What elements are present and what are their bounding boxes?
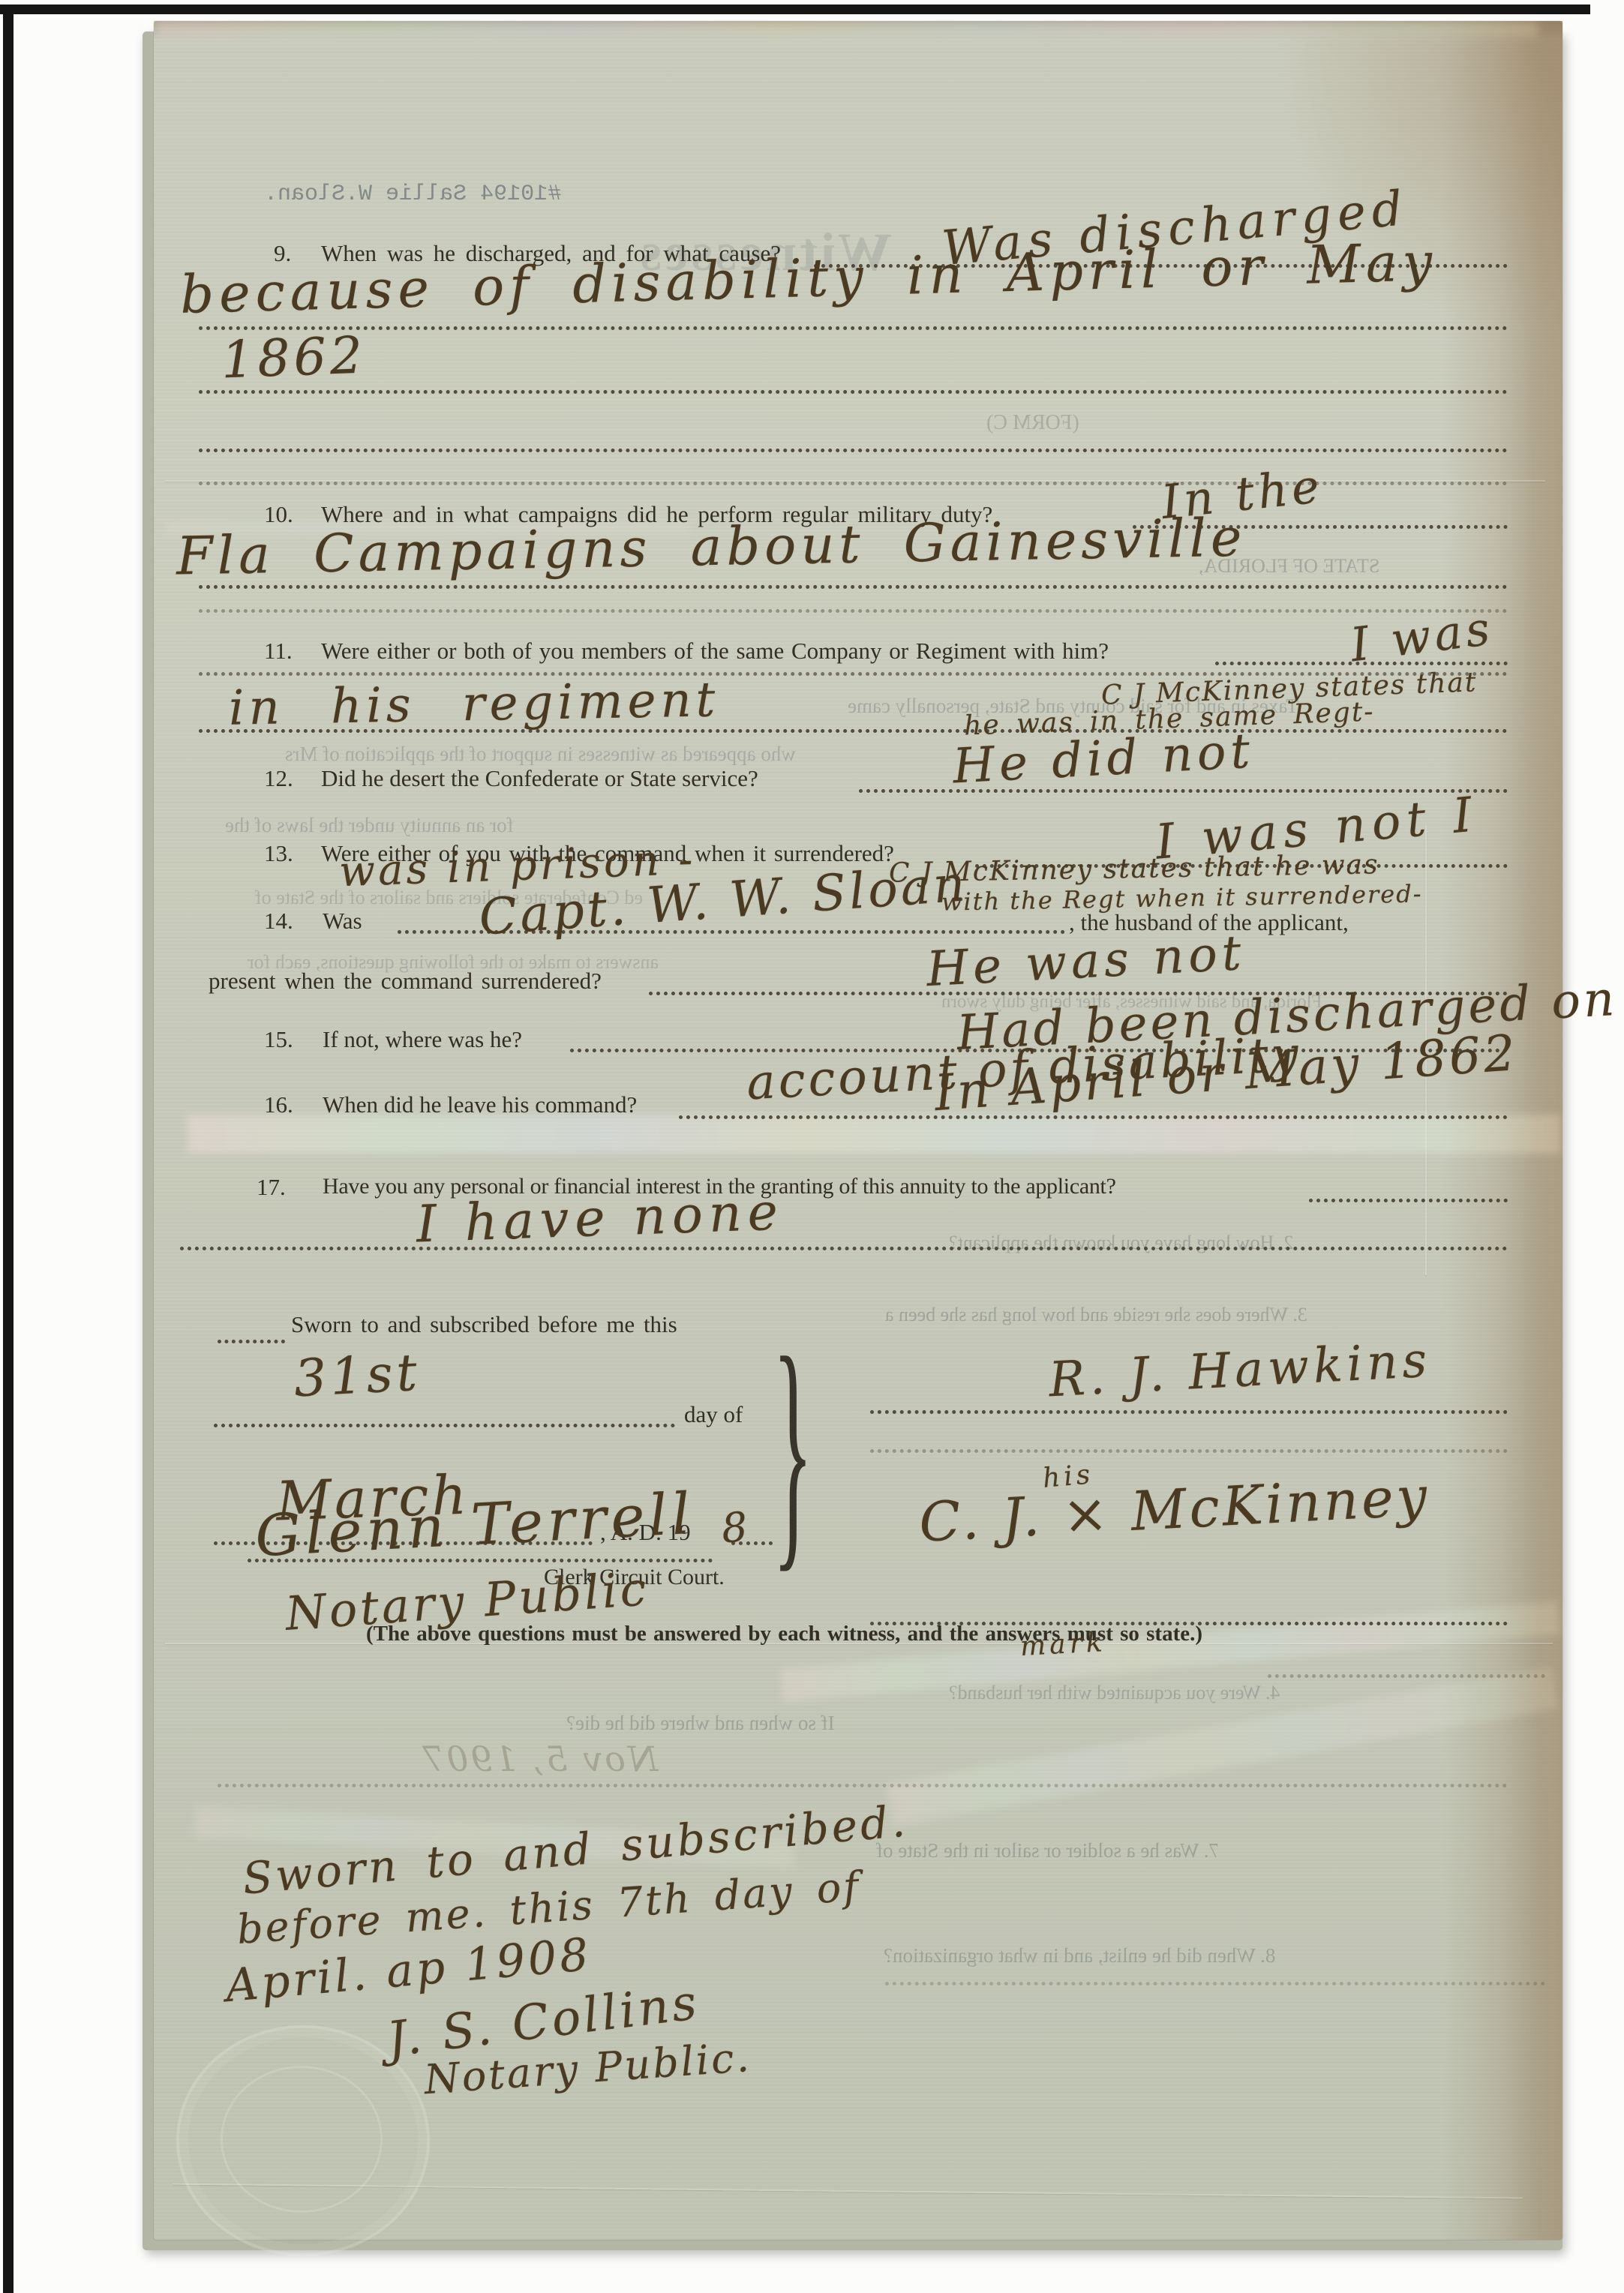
jurat-brace: }	[773, 1301, 813, 1601]
dotted-line	[199, 326, 1508, 330]
jurat-day-handwritten: 31st	[293, 1343, 422, 1409]
dotted-line	[870, 1449, 1508, 1453]
dotted-line	[218, 1784, 1508, 1787]
bleed-appeared-witnesses: who appeared as witnesses in support of …	[285, 743, 796, 766]
scanner-edge-top	[0, 5, 1590, 14]
bleed-question-2: 2. How long have you known the applicant…	[949, 1232, 1293, 1254]
q16-number: 16.	[264, 1091, 293, 1118]
dotted-line	[199, 585, 1508, 589]
q11-number: 11.	[264, 638, 293, 665]
bleed-question-7: 7. Was he a soldier or sailor in the Sta…	[876, 1839, 1219, 1862]
q13-number: 13.	[264, 840, 293, 867]
dotted-line	[218, 1340, 285, 1343]
bleed-question-4: 4. Were you acquainted with her husband?	[949, 1682, 1280, 1704]
scanned-document-page: #10194 Sallie W.Sloan. Witnesses (FORM C…	[0, 0, 1624, 2293]
q17-number: 17.	[257, 1174, 286, 1201]
q14-text-present: present when the command surrendered?	[209, 968, 602, 995]
dotted-line	[199, 390, 1508, 394]
bleed-question-die: If so when and where did he die?	[566, 1712, 835, 1735]
dotted-line	[199, 609, 1508, 613]
paper-top-edge-shadow	[154, 21, 1562, 41]
jurat-day-of-label: day of	[684, 1401, 743, 1428]
dotted-line	[1268, 1674, 1545, 1678]
bleed-annuity-laws: for an annuity under the laws of the	[225, 814, 514, 837]
bleed-question-8: 8. When did he enlist, and in what organ…	[884, 1944, 1275, 1967]
paper-right-tan-edge	[1442, 21, 1562, 2240]
bleed-stamp-text: #10194 Sallie W.Sloan.	[264, 182, 561, 207]
dotted-line	[870, 1410, 1508, 1414]
dotted-line	[885, 1982, 1545, 1985]
q14-number: 14.	[264, 908, 293, 935]
dotted-line	[199, 449, 1508, 452]
q14-text-was: Was	[323, 908, 362, 935]
witness2-mark-label: mark	[1019, 1627, 1107, 1662]
q15-text: If not, where was he?	[323, 1026, 522, 1053]
embossed-seal-inner-ring	[221, 2066, 383, 2213]
q12-number: 12.	[264, 765, 293, 792]
q15-number: 15.	[264, 1026, 293, 1053]
q11-answer-line2: in his regiment	[228, 672, 720, 736]
dotted-line	[1309, 1199, 1508, 1202]
dotted-line	[214, 1424, 675, 1427]
q9-answer-line3: 1862	[221, 326, 368, 391]
scanner-edge-left	[3, 5, 14, 2293]
bleed-handwriting-died-date: Nov 5, 1907	[420, 1739, 658, 1779]
q11-text: Were either or both of you members of th…	[321, 638, 1109, 665]
q16-text: When did he leave his command?	[323, 1091, 637, 1118]
jurat-year-handwritten: 8	[719, 1502, 753, 1552]
dotted-line	[679, 1115, 1508, 1119]
bleed-question-3: 3. Where does she reside and how long ha…	[885, 1304, 1307, 1326]
bleed-form-c: (FORM C)	[986, 411, 1079, 435]
dotted-line	[180, 1247, 1508, 1250]
q12-text: Did he desert the Confederate or State s…	[321, 765, 758, 792]
jurat-sworn-text: Sworn to and subscribed before me this	[291, 1311, 677, 1338]
